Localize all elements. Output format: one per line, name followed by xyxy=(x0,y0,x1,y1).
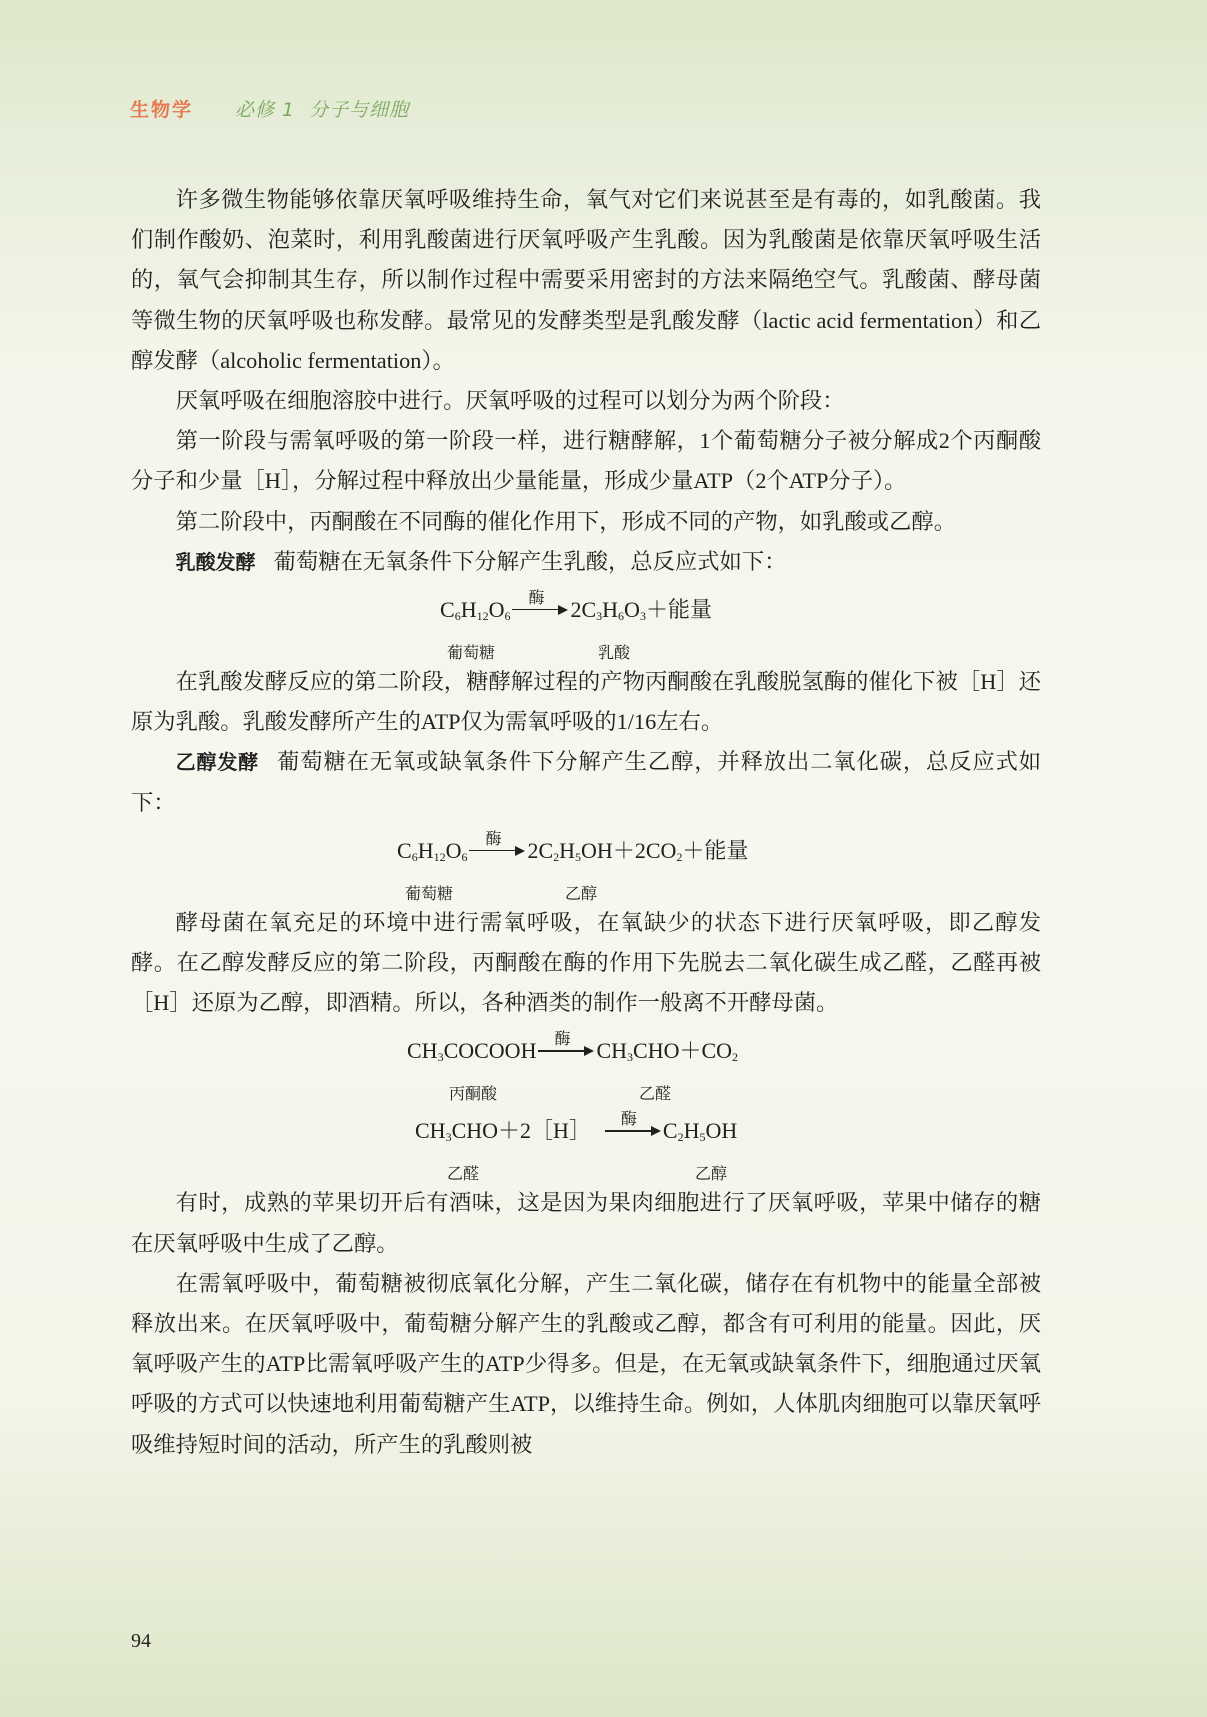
reaction-arrow-icon: 酶 xyxy=(469,844,525,858)
enzyme-label: 酶 xyxy=(605,1100,653,1140)
equation-energy: ＋能量 xyxy=(646,590,712,630)
equation-product-acetaldehyde-co2: CH3CHO＋CO2 xyxy=(596,1031,738,1071)
label-ethanol: 乙醇 xyxy=(565,875,597,915)
body-text: 许多微生物能够依靠厌氧呼吸维持生命，氧气对它们来说甚至是有毒的，如乳酸菌。我们制… xyxy=(131,180,1041,1465)
label-glucose: 葡萄糖 xyxy=(405,875,453,915)
paragraph-stage-one: 第一阶段与需氧呼吸的第一阶段一样，进行糖酵解，1个葡萄糖分子被分解成2个丙酮酸分… xyxy=(131,421,1041,501)
paragraph-lactic-second-stage: 在乳酸发酵反应的第二阶段，糖酵解过程的产物丙酮酸在乳酸脱氢酶的催化下被［H］还原… xyxy=(131,662,1041,742)
paragraph-stage-two: 第二阶段中，丙酮酸在不同酶的催化作用下，形成不同的产物，如乳酸或乙醇。 xyxy=(131,502,1041,542)
running-head-subject: 生物学 xyxy=(130,95,193,122)
paragraph-comparison: 在需氧呼吸中，葡萄糖被彻底氧化分解，产生二氧化碳，储存在有机物中的能量全部被释放… xyxy=(131,1264,1041,1465)
lactic-fermentation-intro: 乳酸发酵葡萄糖在无氧条件下分解产生乳酸，总反应式如下： xyxy=(131,542,1041,582)
lactic-fermentation-intro-text: 葡萄糖在无氧条件下分解产生乳酸，总反应式如下： xyxy=(274,549,787,574)
reaction-arrow-icon: 酶 xyxy=(605,1124,661,1138)
label-acetaldehyde: 乙醛 xyxy=(447,1155,479,1195)
equation-alcohol: C6H12O6 酶 2C2H5OH＋2CO2＋能量 葡萄糖 乙醇 xyxy=(131,823,1041,903)
equation-reactant-glucose: C6H12O6 xyxy=(440,590,510,630)
alcohol-fermentation-intro-text: 葡萄糖在无氧或缺氧条件下分解产生乙醇，并释放出二氧化碳，总反应式如下： xyxy=(131,749,1041,814)
enzyme-label: 酶 xyxy=(469,820,517,860)
paragraph-two-stages: 厌氧呼吸在细胞溶胶中进行。厌氧呼吸的过程可以划分为两个阶段： xyxy=(131,381,1041,421)
alcohol-fermentation-intro: 乙醇发酵葡萄糖在无氧或缺氧条件下分解产生乙醇，并释放出二氧化碳，总反应式如下： xyxy=(131,742,1041,822)
running-head-chapter: 分子与细胞 xyxy=(309,95,409,122)
lactic-fermentation-heading: 乳酸发酵 xyxy=(176,550,256,574)
equation-reactant-pyruvate: CH3COCOOH xyxy=(407,1031,536,1071)
equation-reactant-glucose: C6H12O6 xyxy=(397,831,467,871)
equation-acetaldehyde-reduction: CH3CHO ＋2［H］ 酶 C2H5OH 乙醛 乙醇 xyxy=(131,1103,1041,1183)
enzyme-label: 酶 xyxy=(538,1020,586,1060)
paragraph-intro: 许多微生物能够依靠厌氧呼吸维持生命，氧气对它们来说甚至是有毒的，如乳酸菌。我们制… xyxy=(131,180,1041,381)
paragraph-apple: 有时，成熟的苹果切开后有酒味，这是因为果肉细胞进行了厌氧呼吸，苹果中储存的糖在厌… xyxy=(131,1183,1041,1263)
paragraph-yeast: 酵母菌在氧充足的环境中进行需氧呼吸，在氧缺少的状态下进行厌氧呼吸，即乙醇发酵。在… xyxy=(131,903,1041,1024)
page-number: 94 xyxy=(131,1630,151,1653)
running-head: 生物学 必修 1 分子与细胞 xyxy=(130,93,409,123)
equation-product-ethanol: C2H5OH xyxy=(663,1111,737,1151)
equation-lactic: C6H12O6 酶 2C3H6O3＋能量 葡萄糖 乳酸 xyxy=(131,582,1041,662)
equation-energy: ＋能量 xyxy=(682,831,748,871)
equation-product-ethanol-co2: 2C2H5OH＋2CO2 xyxy=(527,831,682,871)
reaction-arrow-icon: 酶 xyxy=(512,603,568,617)
equation-pyruvate-decarboxylation: CH3COCOOH 酶 CH3CHO＋CO2 丙酮酸 乙醛 xyxy=(131,1023,1041,1103)
running-head-book: 必修 1 xyxy=(235,95,295,122)
equation-hydrogen: ＋2［H］ xyxy=(498,1111,591,1151)
reaction-arrow-icon: 酶 xyxy=(538,1044,594,1058)
label-glucose: 葡萄糖 xyxy=(447,634,495,674)
alcohol-fermentation-heading: 乙醇发酵 xyxy=(176,750,260,774)
label-lactic-acid: 乳酸 xyxy=(598,634,630,674)
label-ethanol: 乙醇 xyxy=(695,1155,727,1195)
equation-product-lactic-acid: 2C3H6O3 xyxy=(570,590,645,630)
enzyme-label: 酶 xyxy=(512,579,560,619)
equation-reactant-acetaldehyde: CH3CHO xyxy=(415,1111,498,1151)
